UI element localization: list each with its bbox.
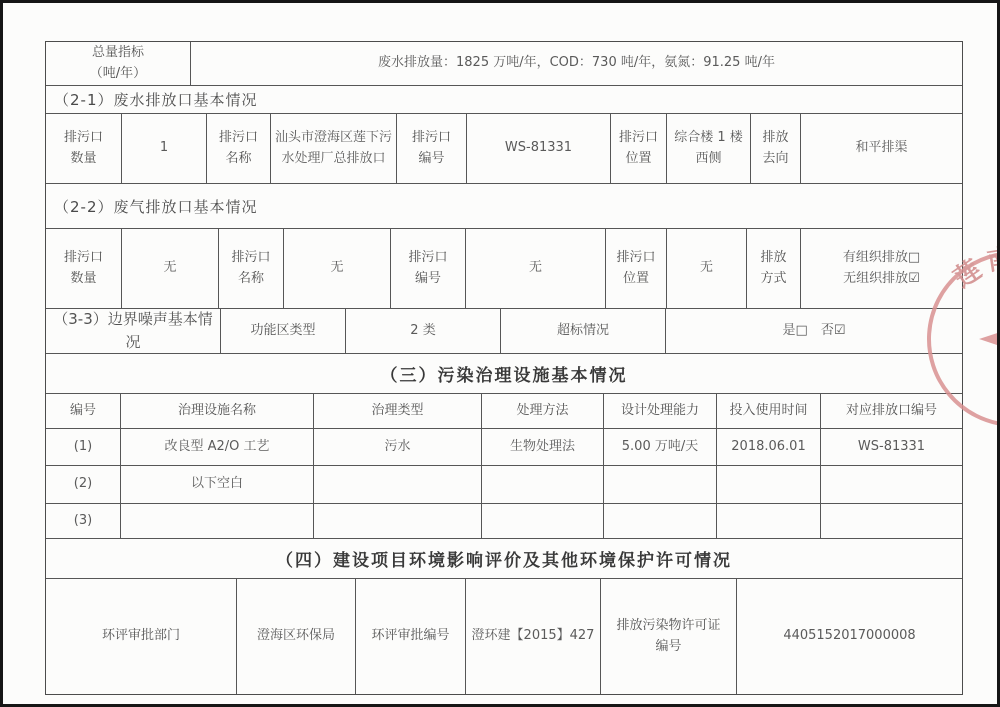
total-indicator-value: 废水排放量：1825 万吨/年，COD：730 吨/年，氨氮：91.25 吨/年 <box>191 42 962 85</box>
eia-dept-label: 环评审批部门 <box>46 579 237 694</box>
row3-treat-type <box>314 504 482 538</box>
seal-star <box>971 294 1000 377</box>
permit-number-label: 排放污染物许可证 编号 <box>601 579 737 694</box>
row2-number: (2) <box>46 466 121 503</box>
gas-outlet-location-label: 排污口 位置 <box>606 229 667 308</box>
eia-number-value: 澄环建【2015】427 <box>466 579 601 694</box>
row1-treat-type: 污水 <box>314 429 482 465</box>
row2-capacity <box>604 466 717 503</box>
boundary-noise-row: （3-3）边界噪声基本情况 功能区类型 2 类 超标情况 是□ 否☑ <box>46 309 962 354</box>
wastewater-outlet-row: 排污口 数量 1 排污口 名称 汕头市澄海区莲下污 水处理厂总排放口 排污口 编… <box>46 114 962 184</box>
row3-facility-name <box>121 504 314 538</box>
outlet-number-label: 排污口 编号 <box>397 114 467 183</box>
row2-outlet-number <box>821 466 962 503</box>
row2-treat-type <box>314 466 482 503</box>
col-treat-type-header: 治理类型 <box>314 394 482 428</box>
row3-start-date <box>717 504 821 538</box>
gas-outlet-number-label: 排污口 编号 <box>391 229 466 308</box>
outlet-number-value: WS-81331 <box>467 114 611 183</box>
exceedance-checkboxes: 是□ 否☑ <box>666 309 962 353</box>
treatment-row-1: (1) 改良型 A2/O 工艺 污水 生物处理法 5.00 万吨/天 2018.… <box>46 429 962 466</box>
total-indicator-row: 总量指标 （吨/年） 废水排放量：1825 万吨/年，COD：730 吨/年，氨… <box>46 42 962 86</box>
row1-outlet-number: WS-81331 <box>821 429 962 465</box>
eia-number-label: 环评审批编号 <box>356 579 466 694</box>
gas-outlet-name-label: 排污口 名称 <box>219 229 284 308</box>
row3-number: (3) <box>46 504 121 538</box>
gas-outlet-number-value: 无 <box>466 229 606 308</box>
row2-start-date <box>717 466 821 503</box>
gas-outlet-count-label: 排污口 数量 <box>46 229 122 308</box>
scanned-permit-page: 总量指标 （吨/年） 废水排放量：1825 万吨/年，COD：730 吨/年，氨… <box>0 0 1000 707</box>
col-capacity-header: 设计处理能力 <box>604 394 717 428</box>
discharge-mode-checkboxes: 有组织排放□ 无组织排放☑ <box>801 229 962 308</box>
row1-facility-name: 改良型 A2/O 工艺 <box>121 429 314 465</box>
col-start-date-header: 投入使用时间 <box>717 394 821 428</box>
row3-capacity <box>604 504 717 538</box>
gas-outlet-location-value: 无 <box>667 229 747 308</box>
row3-method <box>482 504 604 538</box>
col-method-header: 处理方法 <box>482 394 604 428</box>
permit-form-table: 总量指标 （吨/年） 废水排放量：1825 万吨/年，COD：730 吨/年，氨… <box>45 41 963 695</box>
discharge-mode-label: 排放 方式 <box>747 229 801 308</box>
section-4-title: （四）建设项目环境影响评价及其他环境保护许可情况 <box>46 539 962 579</box>
eia-dept-value: 澄海区环保局 <box>237 579 356 694</box>
outlet-name-value: 汕头市澄海区莲下污 水处理厂总排放口 <box>271 114 397 183</box>
section-3-3-heading: （3-3）边界噪声基本情况 <box>46 309 221 353</box>
outlet-count-label: 排污口 数量 <box>46 114 122 183</box>
treatment-row-3: (3) <box>46 504 962 539</box>
section-2-1-heading: （2-1）废水排放口基本情况 <box>46 86 962 114</box>
outlet-count-value: 1 <box>122 114 207 183</box>
treatment-header-row: 编号 治理设施名称 治理类型 处理方法 设计处理能力 投入使用时间 对应排放口编… <box>46 394 962 429</box>
discharge-dest-label: 排放 去向 <box>751 114 801 183</box>
section-2-2-heading: （2-2）废气排放口基本情况 <box>46 184 962 229</box>
function-zone-type-label: 功能区类型 <box>221 309 346 353</box>
permit-number-value: 4405152017000008 <box>737 579 962 694</box>
row1-method: 生物处理法 <box>482 429 604 465</box>
gas-outlet-row: 排污口 数量 无 排污口 名称 无 排污口 编号 无 排污口 位置 无 排放 方… <box>46 229 962 309</box>
row1-number: (1) <box>46 429 121 465</box>
row1-capacity: 5.00 万吨/天 <box>604 429 717 465</box>
row1-start-date: 2018.06.01 <box>717 429 821 465</box>
exceedance-label: 超标情况 <box>501 309 666 353</box>
outlet-name-label: 排污口 名称 <box>207 114 271 183</box>
function-zone-type-value: 2 类 <box>346 309 501 353</box>
outlet-location-label: 排污口 位置 <box>611 114 667 183</box>
col-facility-name-header: 治理设施名称 <box>121 394 314 428</box>
row2-facility-name: 以下空白 <box>121 466 314 503</box>
total-indicator-label: 总量指标 （吨/年） <box>46 42 191 85</box>
row2-method <box>482 466 604 503</box>
eia-approval-row: 环评审批部门 澄海区环保局 环评审批编号 澄环建【2015】427 排放污染物许… <box>46 579 962 694</box>
col-number-header: 编号 <box>46 394 121 428</box>
row3-outlet-number <box>821 504 962 538</box>
outlet-location-value: 综合楼 1 楼 西侧 <box>667 114 751 183</box>
gas-outlet-name-value: 无 <box>284 229 391 308</box>
col-outlet-number-header: 对应排放口编号 <box>821 394 962 428</box>
treatment-row-2: (2) 以下空白 <box>46 466 962 504</box>
section-3-title: （三）污染治理设施基本情况 <box>46 354 962 394</box>
discharge-dest-value: 和平排渠 <box>801 114 962 183</box>
gas-outlet-count-value: 无 <box>122 229 219 308</box>
